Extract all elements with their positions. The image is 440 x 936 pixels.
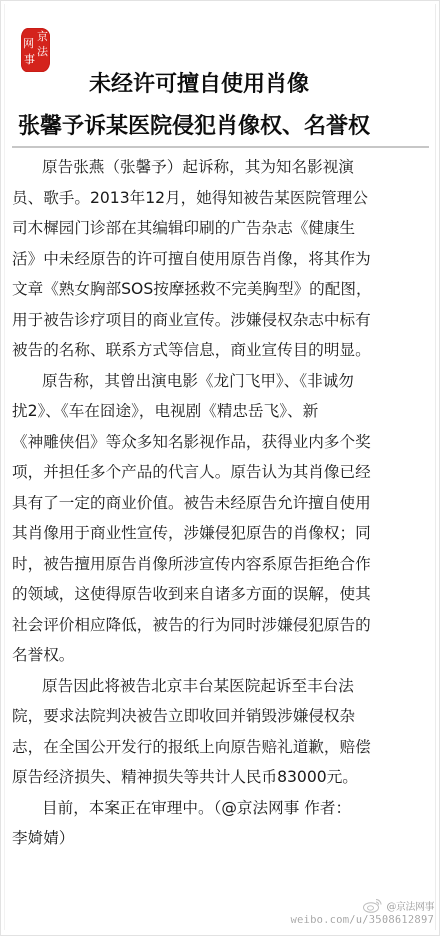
headline-line-2: 张馨予诉某医院侵犯肖像权、名誉权 <box>18 114 370 140</box>
text-line: 具有了一定的商业价值。被告未经原告允许擅自使用 <box>12 488 430 519</box>
text-line: 项，并担任多个产品的代言人。原告认为其肖像已经 <box>12 457 430 488</box>
paragraph: 原告因此将被告北京丰台某医院起诉至丰台法 院，要求法院判决被告立即收回并销毁涉嫌… <box>12 671 430 793</box>
text-line: 志，在全国公开发行的报纸上向原告赔礼道歉，赔偿 <box>12 732 430 763</box>
text-line: 被告的名称、联系方式等信息，商业宣传目的明显。 <box>12 335 430 366</box>
article-body: 原告张燕（张馨予）起诉称，其为知名影视演 员、歌手。2013年12月，她得知被告… <box>12 152 430 854</box>
seal-char: 事 <box>24 54 35 65</box>
weibo-logo-icon <box>362 897 384 913</box>
text-line: 目前，本案正在审理中。（@京法网事 作者： <box>12 793 430 824</box>
text-line: 原告因此将被告北京丰台某医院起诉至丰台法 <box>12 671 430 702</box>
seal-char: 京 <box>37 31 48 42</box>
text-line: 原告张燕（张馨予）起诉称，其为知名影视演 <box>12 152 430 183</box>
text-line: 名誉权。 <box>12 640 430 671</box>
paragraph: 目前，本案正在审理中。（@京法网事 作者： 李婍婧） <box>12 793 430 854</box>
title-divider <box>12 146 429 148</box>
text-line: 李婍婧） <box>12 823 430 854</box>
headline-line-1: 未经许可擅自使用肖像 <box>89 72 309 98</box>
jingfawangshi-seal-logo: 京 法 网 事 <box>21 28 50 72</box>
seal-char: 法 <box>37 46 48 57</box>
text-line: 社会评价相应降低，被告的行为同时涉嫌侵犯原告的 <box>12 610 430 641</box>
weibo-watermark: @京法网事 weibo.com/u/3508612897 <box>291 897 434 927</box>
text-line: 文章《熟女胸部SOS按摩拯救不完美胸型》的配图， <box>12 274 430 305</box>
text-line: 扰2》、《车在囧途》，电视剧《精忠岳飞》、新 <box>12 396 430 427</box>
text-line: 其肖像用于商业性宣传，涉嫌侵犯原告的肖像权；同 <box>12 518 430 549</box>
text-line: 用于被告诊疗项目的商业宣传。涉嫌侵权杂志中标有 <box>12 305 430 336</box>
text-line: 的领域，这使得原告收到来自诸多方面的误解，使其 <box>12 579 430 610</box>
text-line: 院，要求法院判决被告立即收回并销毁涉嫌侵权杂 <box>12 701 430 732</box>
weibo-handle: @京法网事 <box>387 898 435 913</box>
text-line: 活》中未经原告的许可擅自使用原告肖像，将其作为 <box>12 244 430 275</box>
seal-char: 网 <box>23 38 34 49</box>
text-line: 《神雕侠侣》等众多知名影视作品，获得业内多个奖 <box>12 427 430 458</box>
text-line: 原告称，其曾出演电影《龙门飞甲》、《非诚勿 <box>12 366 430 397</box>
paragraph: 原告张燕（张馨予）起诉称，其为知名影视演 员、歌手。2013年12月，她得知被告… <box>12 152 430 366</box>
text-line: 员、歌手。2013年12月，她得知被告某医院管理公 <box>12 183 430 214</box>
weibo-url: weibo.com/u/3508612897 <box>291 914 434 927</box>
paragraph: 原告称，其曾出演电影《龙门飞甲》、《非诚勿 扰2》、《车在囧途》，电视剧《精忠岳… <box>12 366 430 671</box>
text-line: 司木樨园门诊部在其编辑印刷的广告杂志《健康生 <box>12 213 430 244</box>
text-line: 原告经济损失、精神损失等共计人民币83000元。 <box>12 762 430 793</box>
text-line: 时，被告擅用原告肖像所涉宣传内容系原告拒绝合作 <box>12 549 430 580</box>
